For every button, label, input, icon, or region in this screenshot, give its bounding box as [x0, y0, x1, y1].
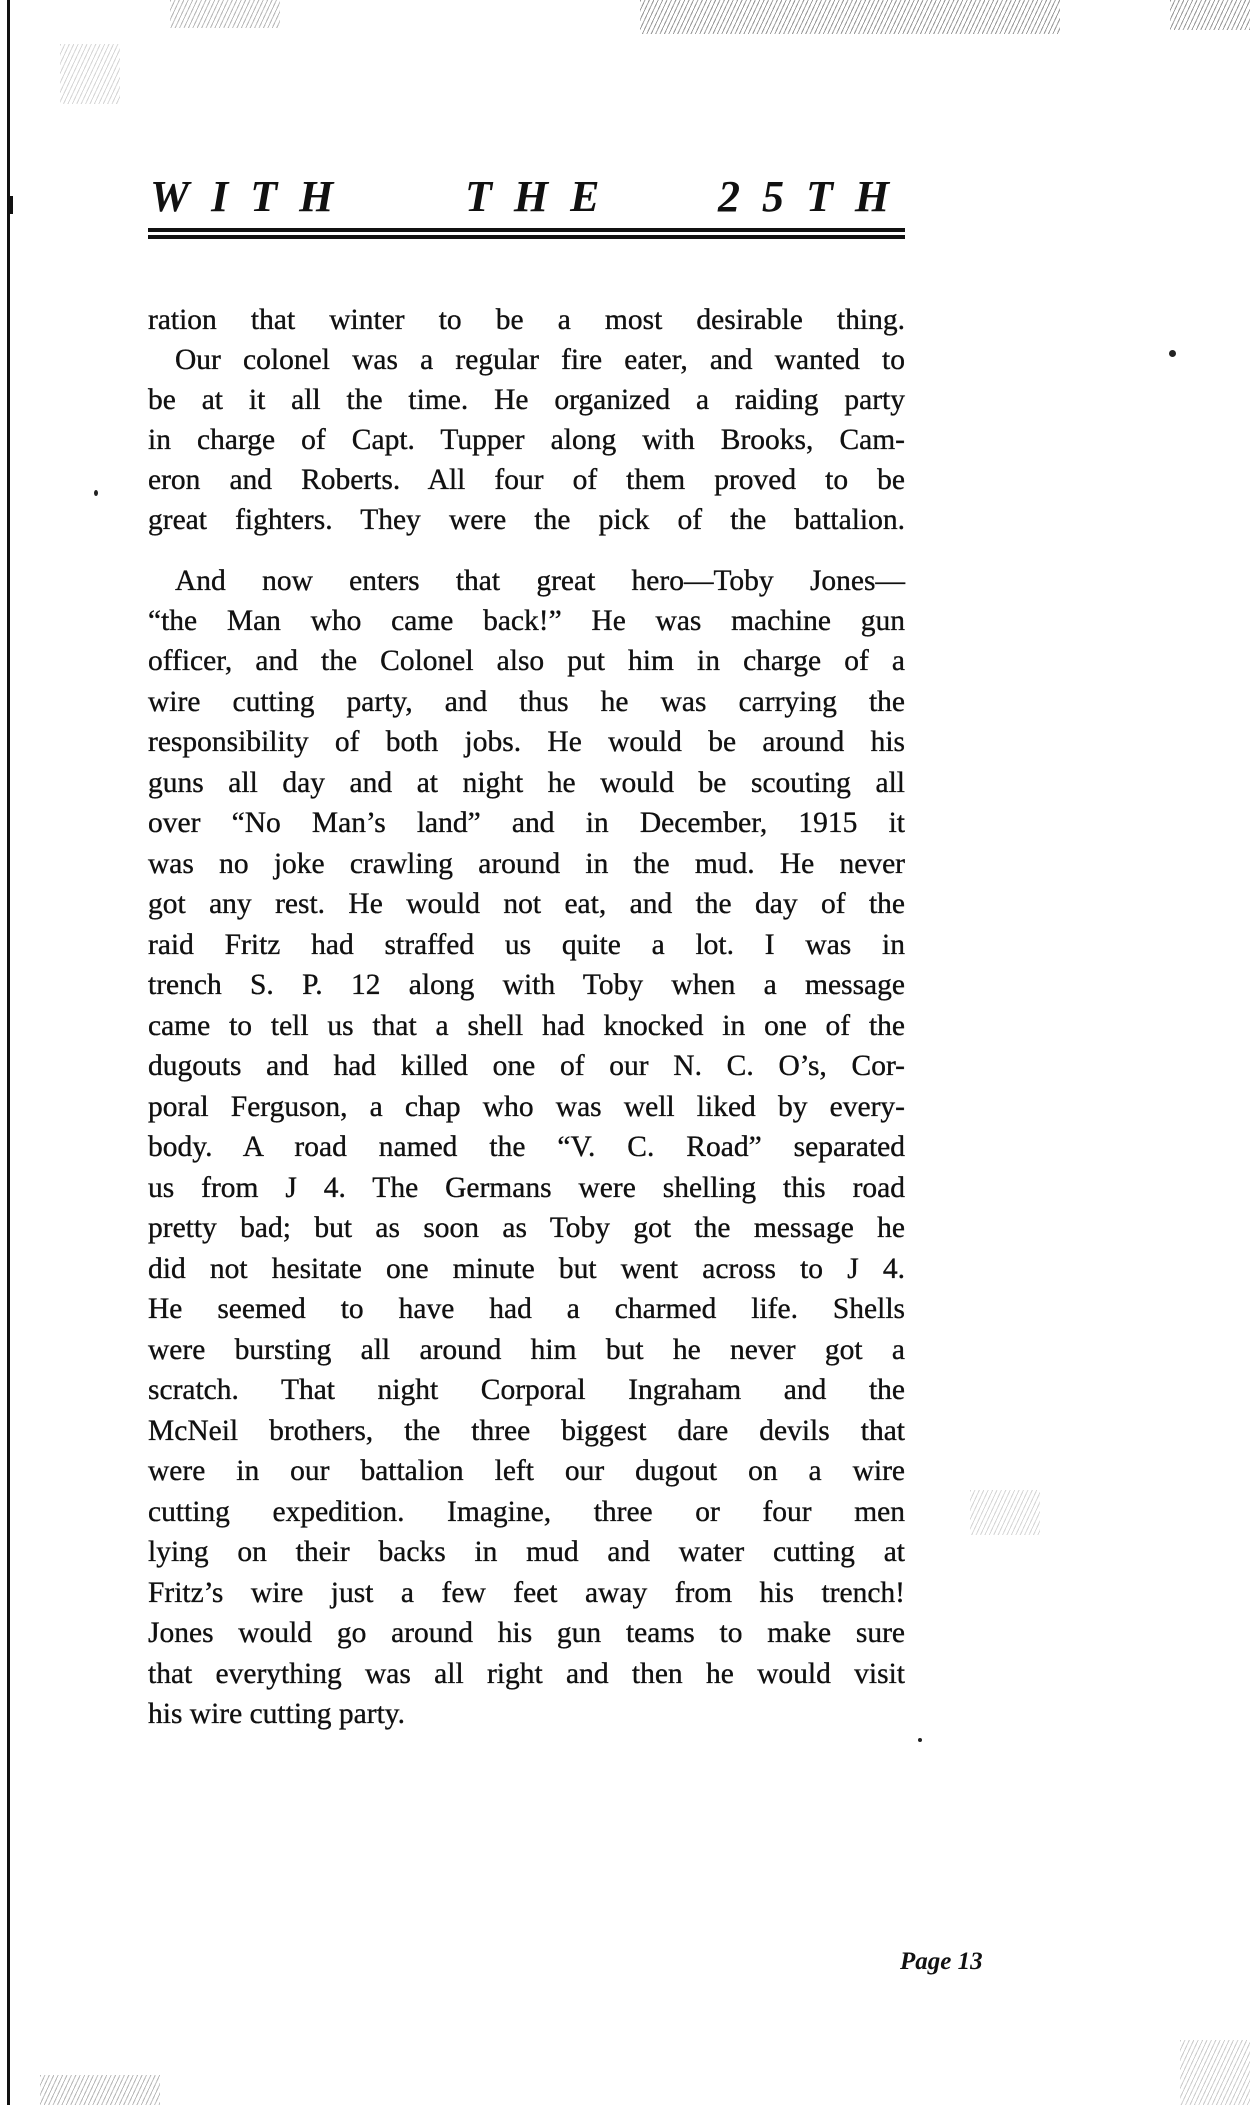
text-line: pretty bad; but as soon as Toby got the …	[148, 1208, 905, 1248]
scan-speck	[1169, 350, 1176, 357]
running-head-word-2: THE	[465, 172, 621, 222]
text-line: were in our battalion left our dugout on…	[148, 1451, 905, 1491]
text-line: scratch. That night Corporal Ingraham an…	[148, 1370, 905, 1410]
text-line: “the Man who came back!” He was machine …	[148, 601, 905, 641]
running-head: WITH THE 25TH	[148, 172, 905, 222]
text-line: in charge of Capt. Tupper along with Bro…	[148, 420, 905, 460]
scan-smudge	[40, 2075, 160, 2105]
text-line: his wire cutting party.	[148, 1694, 905, 1734]
text-line: dugouts and had killed one of our N. C. …	[148, 1046, 905, 1086]
page-edge-mark	[8, 196, 13, 214]
text-line: were bursting all around him but he neve…	[148, 1330, 905, 1370]
scan-smudge	[640, 0, 1060, 34]
text-line: Jones would go around his gun teams to m…	[148, 1613, 905, 1653]
page-edge-line	[7, 0, 10, 2105]
text-line: great fighters. They were the pick of th…	[148, 500, 905, 540]
scan-speck	[918, 1738, 922, 1742]
text-line: trench S. P. 12 along with Toby when a m…	[148, 965, 905, 1005]
text-line: over “No Man’s land” and in December, 19…	[148, 803, 905, 843]
text-line: was no joke crawling around in the mud. …	[148, 844, 905, 884]
header-rule-bottom	[148, 235, 905, 239]
scan-smudge	[170, 0, 280, 28]
text-line: officer, and the Colonel also put him in…	[148, 641, 905, 681]
text-line: be at it all the time. He organized a ra…	[148, 380, 905, 420]
text-line: McNeil brothers, the three biggest dare …	[148, 1411, 905, 1451]
scan-speck	[94, 490, 98, 496]
text-line: poral Ferguson, a chap who was well like…	[148, 1087, 905, 1127]
text-line: And now enters that great hero—Toby Jone…	[175, 561, 905, 601]
scan-smudge	[1180, 2040, 1250, 2105]
text-line: eron and Roberts. All four of them prove…	[148, 460, 905, 500]
scan-smudge	[970, 1490, 1040, 1535]
text-line: raid Fritz had straffed us quite a lot. …	[148, 925, 905, 965]
text-line: ration that winter to be a most desirabl…	[148, 300, 905, 340]
scan-smudge	[1170, 0, 1250, 30]
running-head-word-1: WITH	[150, 172, 355, 222]
text-line: He seemed to have had a charmed life. Sh…	[148, 1289, 905, 1329]
text-line: that everything was all right and then h…	[148, 1654, 905, 1694]
text-line: Our colonel was a regular fire eater, an…	[175, 340, 905, 380]
text-line: wire cutting party, and thus he was carr…	[148, 682, 905, 722]
text-line: lying on their backs in mud and water cu…	[148, 1532, 905, 1572]
text-line: guns all day and at night he would be sc…	[148, 763, 905, 803]
text-line: body. A road named the “V. C. Road” sepa…	[148, 1127, 905, 1167]
text-line: came to tell us that a shell had knocked…	[148, 1006, 905, 1046]
page-number: Page 13	[900, 1946, 983, 1978]
text-line: us from J 4. The Germans were shelling t…	[148, 1168, 905, 1208]
text-line: responsibility of both jobs. He would be…	[148, 722, 905, 762]
text-line: did not hesitate one minute but went acr…	[148, 1249, 905, 1289]
running-head-word-3: 25TH	[718, 172, 911, 222]
text-line: got any rest. He would not eat, and the …	[148, 884, 905, 924]
text-line: Fritz’s wire just a few feet away from h…	[148, 1573, 905, 1613]
header-rule-top	[148, 228, 905, 232]
scan-smudge	[60, 44, 120, 104]
text-line: cutting expedition. Imagine, three or fo…	[148, 1492, 905, 1532]
